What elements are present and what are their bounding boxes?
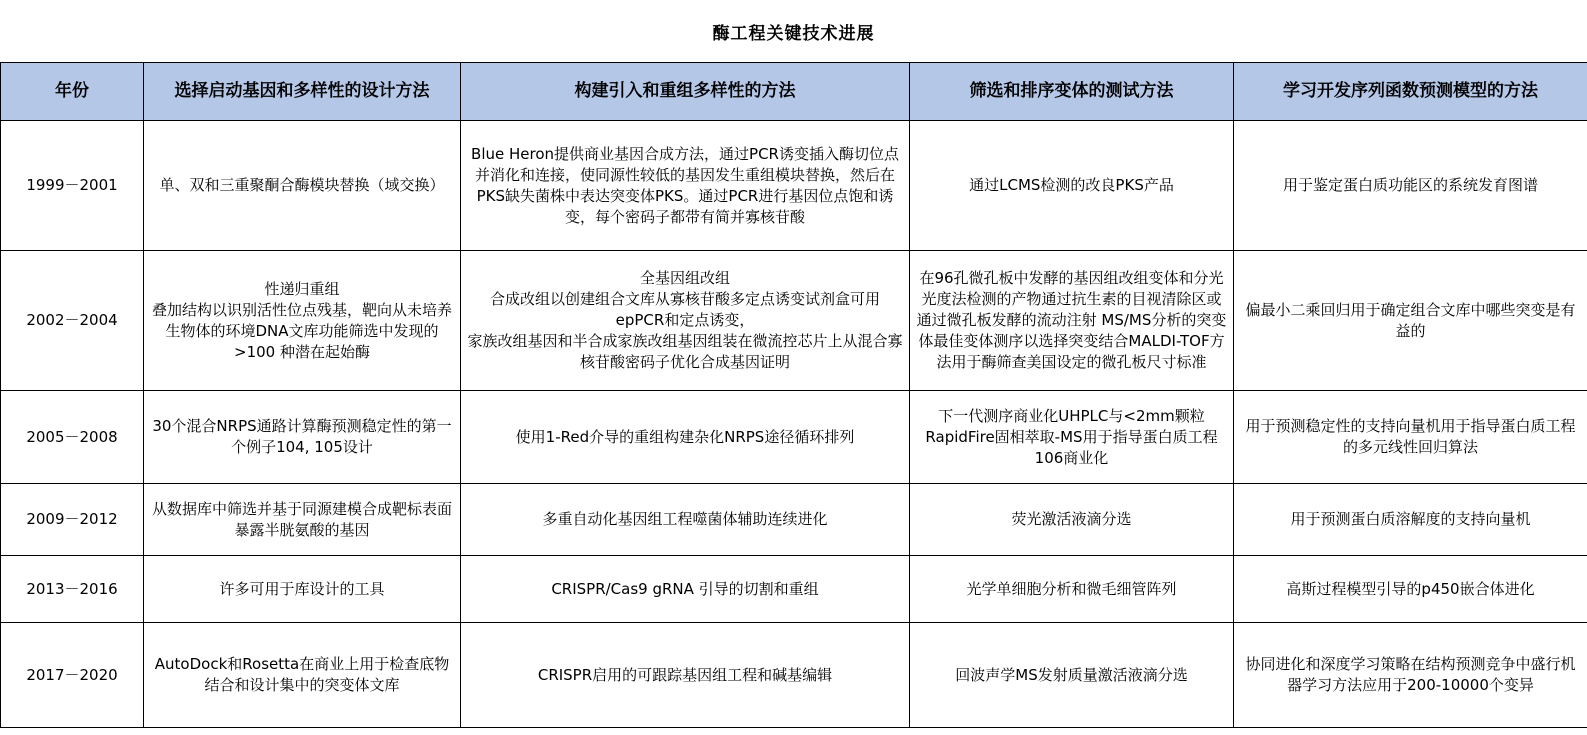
design-cell: 从数据库中筛选并基于同源建模合成靶标表面暴露半胱氨酸的基因 xyxy=(144,484,461,556)
enzyme-progress-table: 年份 选择启动基因和多样性的设计方法 构建引入和重组多样性的方法 筛选和排序变体… xyxy=(0,62,1587,728)
design-cell: 性递归重组 叠加结构以识别活性位点残基，靶向从未培养生物体的环境DNA文库功能筛… xyxy=(144,251,461,391)
test-cell: 回波声学MS发射质量激活液滴分选 xyxy=(910,623,1234,728)
table-row: 2005－2008 30个混合NRPS通路计算酶预测稳定性的第一个例子104, … xyxy=(1,391,1587,484)
design-cell: AutoDock和Rosetta在商业上用于检查底物结合和设计集中的突变体文库 xyxy=(144,623,461,728)
build-cell: 使用1-Red介导的重组构建杂化NRPS途径循环排列 xyxy=(461,391,910,484)
build-cell: 多重自动化基因组工程噬菌体辅助连续进化 xyxy=(461,484,910,556)
learn-cell: 协同进化和深度学习策略在结构预测竞争中盛行机器学习方法应用于200-10000个… xyxy=(1234,623,1587,728)
build-cell: 全基因组改组 合成改组以创建组合文库从寡核苷酸多定点诱变试剂盒可用epPCR和定… xyxy=(461,251,910,391)
table-row: 2009－2012 从数据库中筛选并基于同源建模合成靶标表面暴露半胱氨酸的基因 … xyxy=(1,484,1587,556)
test-cell: 通过LCMS检测的改良PKS产品 xyxy=(910,121,1234,251)
column-header-design: 选择启动基因和多样性的设计方法 xyxy=(144,63,461,121)
year-cell: 2009－2012 xyxy=(1,484,144,556)
build-cell: CRISPR启用的可跟踪基因组工程和碱基编辑 xyxy=(461,623,910,728)
year-cell: 1999－2001 xyxy=(1,121,144,251)
table-row: 2017－2020 AutoDock和Rosetta在商业上用于检查底物结合和设… xyxy=(1,623,1587,728)
learn-cell: 用于预测蛋白质溶解度的支持向量机 xyxy=(1234,484,1587,556)
learn-cell: 用于预测稳定性的支持向量机用于指导蛋白质工程的多元线性回归算法 xyxy=(1234,391,1587,484)
column-header-year: 年份 xyxy=(1,63,144,121)
column-header-build: 构建引入和重组多样性的方法 xyxy=(461,63,910,121)
design-cell: 30个混合NRPS通路计算酶预测稳定性的第一个例子104, 105设计 xyxy=(144,391,461,484)
year-cell: 2002－2004 xyxy=(1,251,144,391)
design-cell: 许多可用于库设计的工具 xyxy=(144,556,461,623)
header-row: 年份 选择启动基因和多样性的设计方法 构建引入和重组多样性的方法 筛选和排序变体… xyxy=(1,63,1587,121)
table-row: 1999－2001 单、双和三重聚酮合酶模块替换（域交换） Blue Heron… xyxy=(1,121,1587,251)
page: 酶工程关键技术进展 年份 选择启动基因和多样性的设计方法 构建引入和重组多样性的… xyxy=(0,0,1587,728)
learn-cell: 偏最小二乘回归用于确定组合文库中哪些突变是有益的 xyxy=(1234,251,1587,391)
year-cell: 2005－2008 xyxy=(1,391,144,484)
year-cell: 2013－2016 xyxy=(1,556,144,623)
test-cell: 光学单细胞分析和微毛细管阵列 xyxy=(910,556,1234,623)
column-header-learn: 学习开发序列函数预测模型的方法 xyxy=(1234,63,1587,121)
test-cell: 下一代测序商业化UHPLC与<2mm颗粒 RapidFire固相萃取-MS用于指… xyxy=(910,391,1234,484)
year-cell: 2017－2020 xyxy=(1,623,144,728)
column-header-test: 筛选和排序变体的测试方法 xyxy=(910,63,1234,121)
test-cell: 在96孔微孔板中发酵的基因组改组变体和分光光度法检测的产物通过抗生素的目视清除区… xyxy=(910,251,1234,391)
learn-cell: 用于鉴定蛋白质功能区的系统发育图谱 xyxy=(1234,121,1587,251)
page-title: 酶工程关键技术进展 xyxy=(0,0,1587,62)
learn-cell: 高斯过程模型引导的p450嵌合体进化 xyxy=(1234,556,1587,623)
build-cell: Blue Heron提供商业基因合成方法，通过PCR诱变插入酶切位点并消化和连接… xyxy=(461,121,910,251)
table-row: 2013－2016 许多可用于库设计的工具 CRISPR/Cas9 gRNA 引… xyxy=(1,556,1587,623)
build-cell: CRISPR/Cas9 gRNA 引导的切割和重组 xyxy=(461,556,910,623)
test-cell: 荧光激活液滴分选 xyxy=(910,484,1234,556)
design-cell: 单、双和三重聚酮合酶模块替换（域交换） xyxy=(144,121,461,251)
table-row: 2002－2004 性递归重组 叠加结构以识别活性位点残基，靶向从未培养生物体的… xyxy=(1,251,1587,391)
